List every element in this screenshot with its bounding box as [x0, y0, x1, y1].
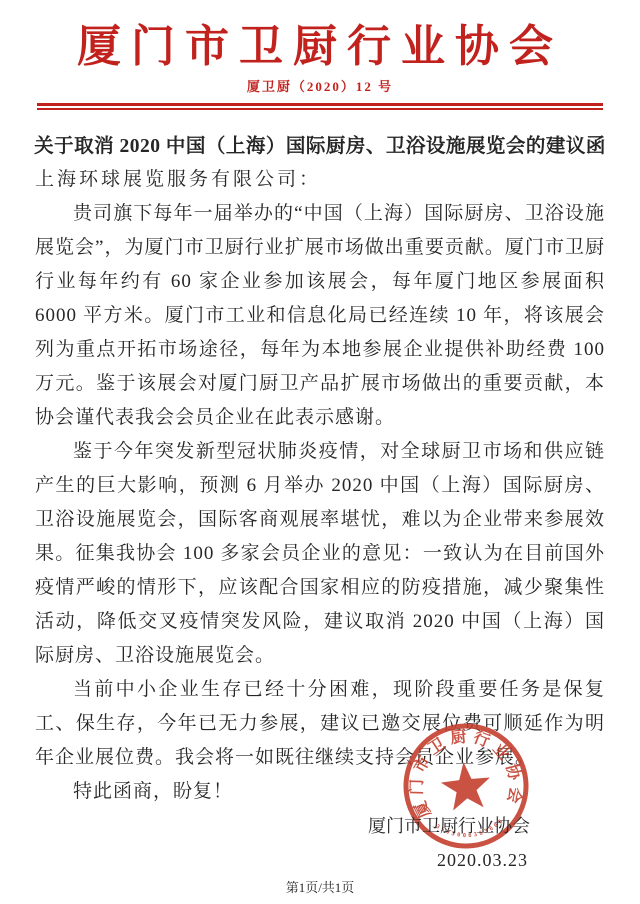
- signature-date: 2020.03.23: [0, 843, 530, 877]
- header-divider: [37, 103, 603, 110]
- letter-title: 关于取消 2020 中国（上海）国际厨房、卫浴设施展览会的建议函: [0, 135, 640, 159]
- page-number-footer: 第1页/共1页: [0, 880, 640, 896]
- org-name-header: 厦门市卫厨行业协会: [0, 0, 640, 74]
- signature-org-name: 厦门市卫厨行业协会: [0, 809, 530, 843]
- salutation: 上海环球展览服务有限公司：: [35, 163, 605, 197]
- document-number: 厦卫厨（2020）12 号: [0, 79, 640, 95]
- paragraph-2: 鉴于今年突发新型冠状肺炎疫情，对全球厨卫市场和供应链产生的巨大影响，预测 6 月…: [35, 435, 605, 673]
- letter-page: 厦门市卫厨行业协会 厦卫厨（2020）12 号 关于取消 2020 中国（上海）…: [0, 0, 640, 904]
- seal-star-icon: [439, 760, 493, 812]
- paragraph-1: 贵司旗下每年一届举办的“中国（上海）国际厨房、卫浴设施展览会”，为厦门市卫厨行业…: [35, 197, 605, 435]
- signature-block: 厦门市卫厨行业协会 2020.03.23: [0, 809, 640, 877]
